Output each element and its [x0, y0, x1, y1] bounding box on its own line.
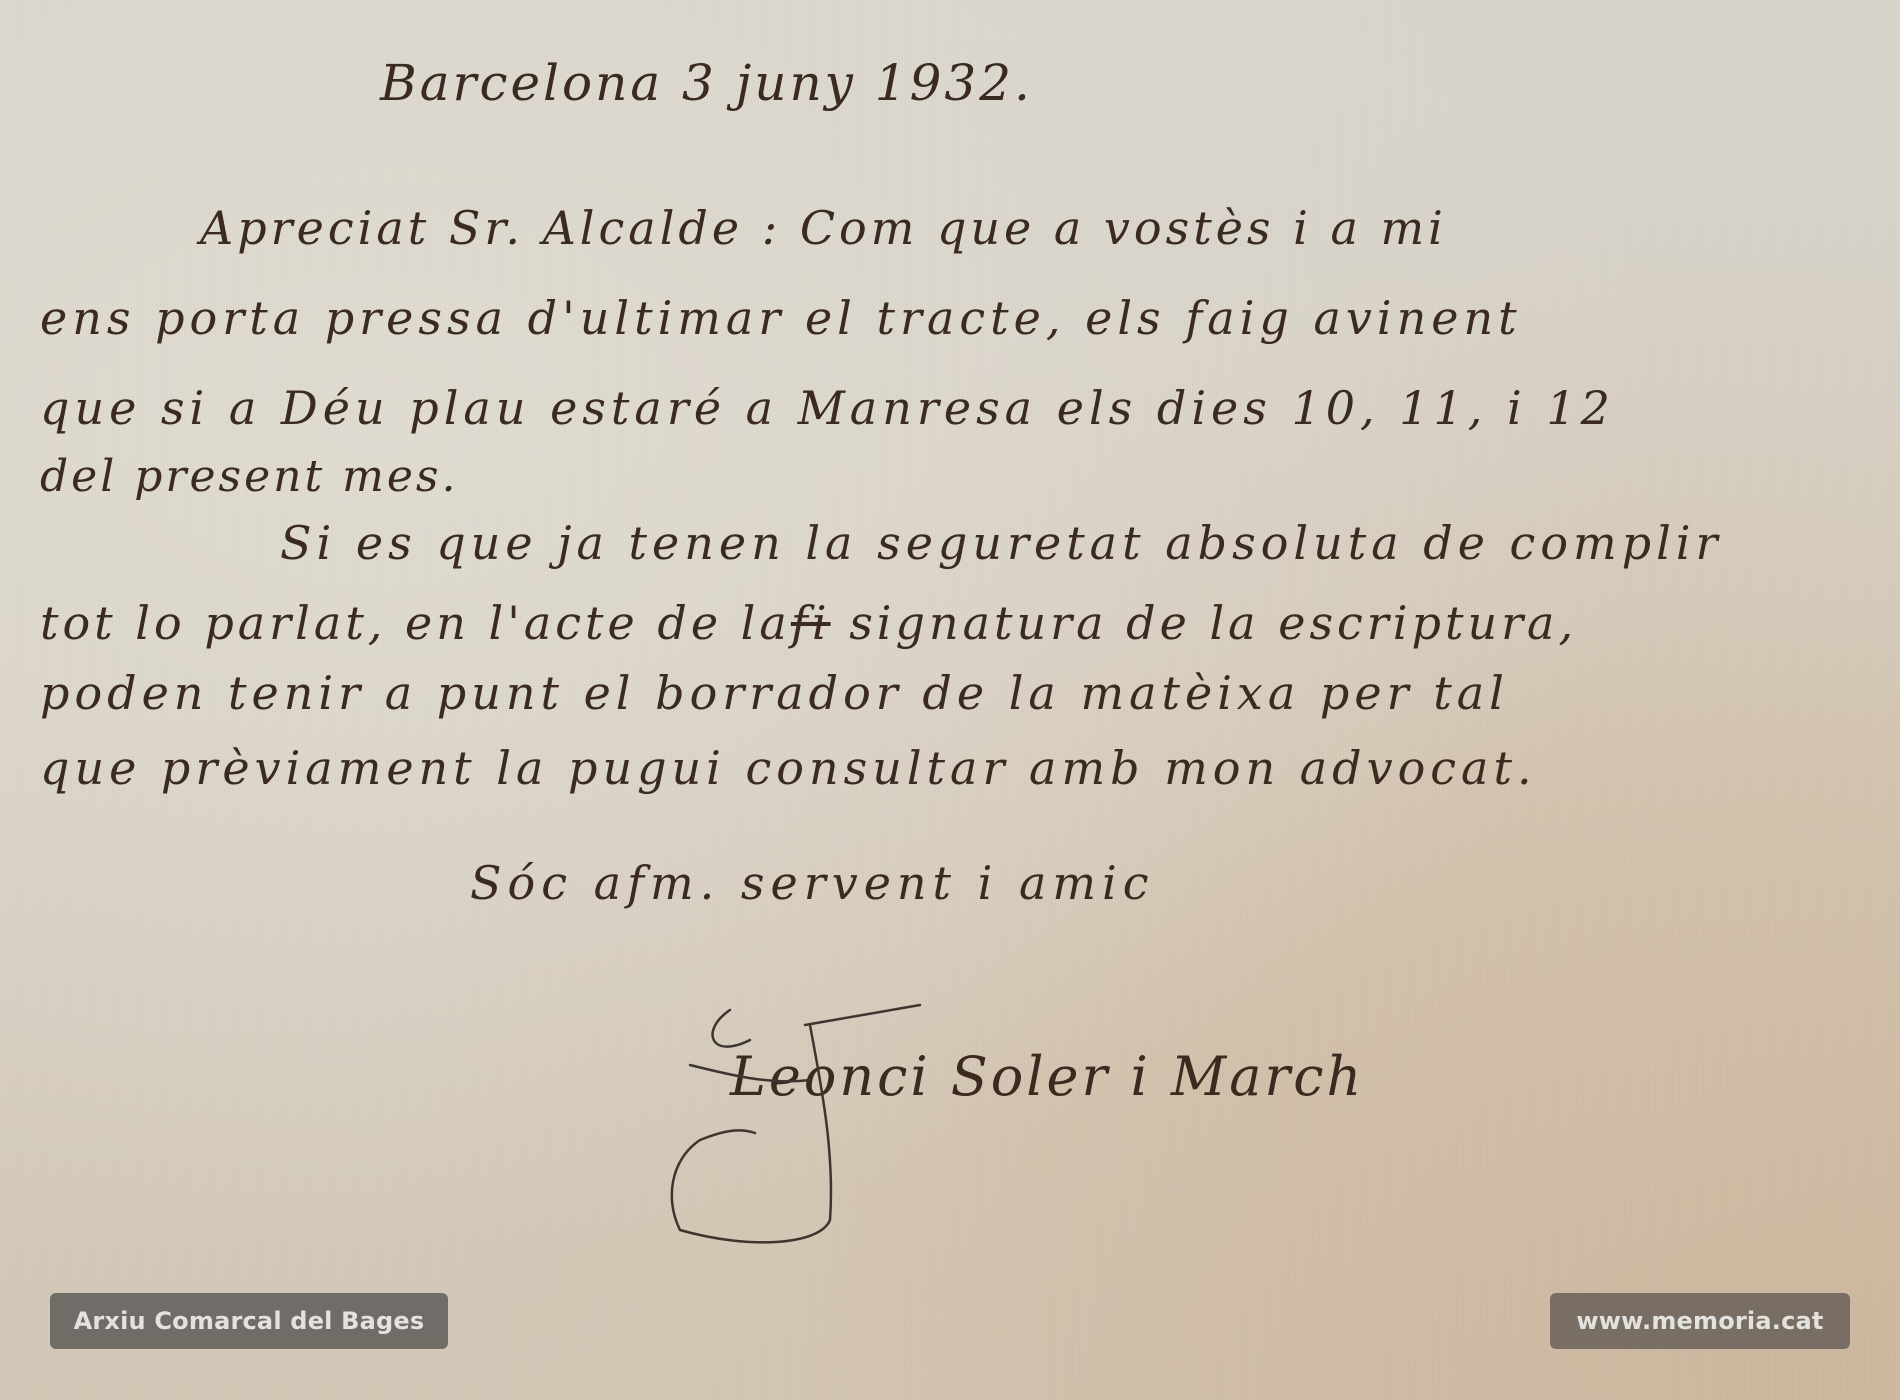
struck-fragment: fi: [791, 596, 831, 650]
letter-line-2: ens porta pressa d'ultimar el tracte, el…: [40, 295, 1522, 341]
letter-line-1: Apreciat Sr. Alcalde : Com que a vostès …: [200, 205, 1447, 251]
letter-line-4: del present mes.: [40, 455, 458, 499]
archive-watermark: Arxiu Comarcal del Bages: [50, 1293, 448, 1349]
signature-flourish-icon: [670, 1000, 990, 1250]
closing-line: Sóc afm. servent i amic: [470, 860, 1155, 906]
letter-line-6-end: signatura de la escriptura,: [849, 596, 1577, 650]
letter-line-6: tot lo parlat, en l'acte de lafi signatu…: [40, 600, 1577, 646]
letter-line-5: Si es que ja tenen la seguretat absoluta…: [280, 520, 1723, 566]
letter-line-3: que si a Déu plau estaré a Manresa els d…: [40, 385, 1615, 431]
place-date: Barcelona 3 juny 1932.: [380, 58, 1033, 108]
letter-line-7: poden tenir a punt el borrador de la mat…: [40, 670, 1509, 716]
website-watermark: www.memoria.cat: [1550, 1293, 1850, 1349]
letter-sheet: Barcelona 3 juny 1932. Apreciat Sr. Alca…: [0, 0, 1900, 1400]
letter-line-8: que prèviament la pugui consultar amb mo…: [40, 745, 1537, 791]
letter-line-6-start: tot lo parlat, en l'acte de la: [40, 596, 791, 650]
